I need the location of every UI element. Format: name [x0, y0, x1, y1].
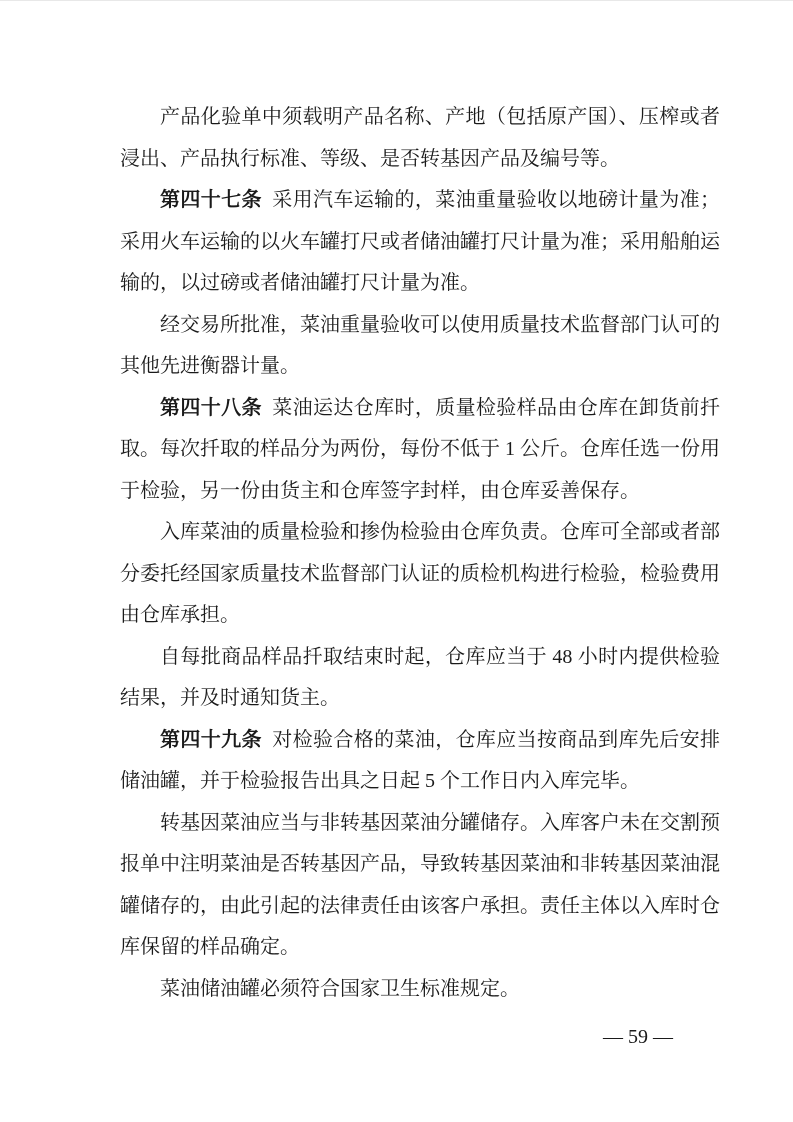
article-number-bold: 第四十八条 [160, 397, 262, 419]
paragraph-text: 自每批商品样品扦取结束时起，仓库应当于 48 小时内提供检验结果，并及时通知货主… [120, 646, 720, 710]
paragraph: 产品化验单中须载明产品名称、产地（包括原产国）、压榨或者浸出、产品执行标准、等级… [120, 97, 720, 180]
paragraph-text: 入库菜油的质量检验和掺伪检验由仓库负责。仓库可全部或者部分委托经国家质量技术监督… [120, 521, 720, 626]
paragraph: 转基因菜油应当与非转基因菜油分罐储存。入库客户未在交割预报单中注明菜油是否转基因… [120, 803, 720, 969]
paragraph-article-49: 第四十九条 对检验合格的菜油，仓库应当按商品到库先后安排储油罐，并于检验报告出具… [120, 720, 720, 803]
paragraph: 自每批商品样品扦取结束时起，仓库应当于 48 小时内提供检验结果，并及时通知货主… [120, 637, 720, 720]
paragraph-article-48: 第四十八条 菜油运达仓库时，质量检验样品由仓库在卸货前扦取。每次扦取的样品分为两… [120, 388, 720, 513]
page-footer: — 59 — [0, 1017, 793, 1059]
paragraph-text: 菜油储油罐必须符合国家卫生标准规定。 [160, 978, 520, 1000]
document-body: 产品化验单中须载明产品名称、产地（包括原产国）、压榨或者浸出、产品执行标准、等级… [0, 1, 793, 1010]
paragraph-text: 经交易所批准，菜油重量验收可以使用质量技术监督部门认可的其他先进衡器计量。 [120, 314, 720, 378]
paragraph: 经交易所批准，菜油重量验收可以使用质量技术监督部门认可的其他先进衡器计量。 [120, 305, 720, 388]
paragraph-text: 转基因菜油应当与非转基因菜油分罐储存。入库客户未在交割预报单中注明菜油是否转基因… [120, 812, 720, 959]
paragraph: 入库菜油的质量检验和掺伪检验由仓库负责。仓库可全部或者部分委托经国家质量技术监督… [120, 512, 720, 637]
paragraph-text: 产品化验单中须载明产品名称、产地（包括原产国）、压榨或者浸出、产品执行标准、等级… [120, 106, 720, 170]
article-number-bold: 第四十七条 [160, 189, 262, 211]
paragraph-article-47: 第四十七条 采用汽车运输的，菜油重量验收以地磅计量为准；采用火车运输的以火车罐打… [120, 180, 720, 305]
paragraph: 菜油储油罐必须符合国家卫生标准规定。 [120, 969, 720, 1011]
document-page: 产品化验单中须载明产品名称、产地（包括原产国）、压榨或者浸出、产品执行标准、等级… [0, 0, 793, 1122]
article-number-bold: 第四十九条 [160, 729, 262, 751]
page-number: — 59 — [603, 1026, 673, 1048]
